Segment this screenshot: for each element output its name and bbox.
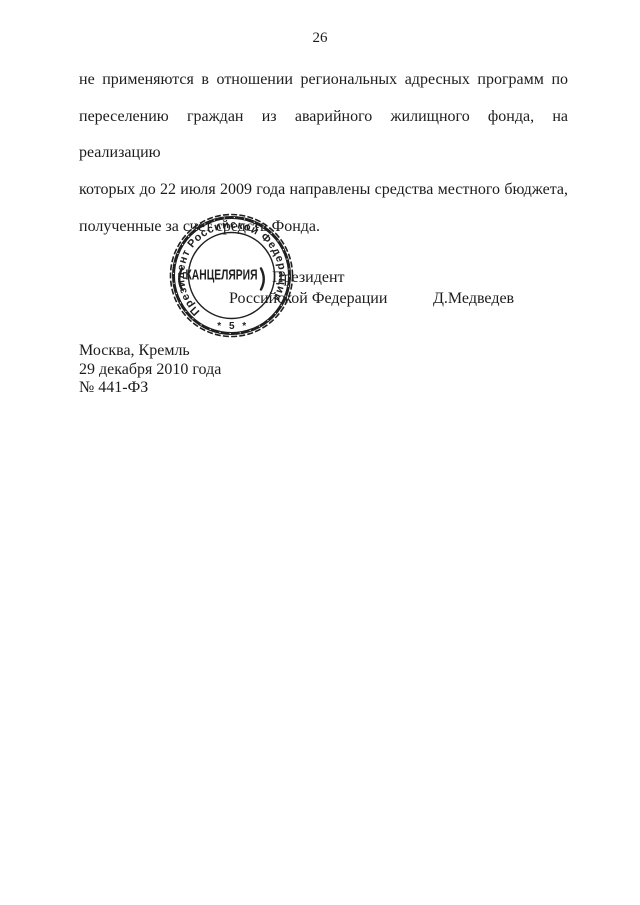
issuance-block: Москва, Кремль 29 декабря 2010 года № 44… [79,342,221,398]
issuance-date: 29 декабря 2010 года [79,361,221,380]
paragraph-line-1: не применяются в отношении региональных … [79,62,568,99]
stamp-bottom-text: * 5 * [217,321,248,332]
stamp-center-text: КАНЦЕЛЯРИЯ [186,268,258,284]
paragraph-line-3: которых до 22 июля 2009 года направлены … [79,172,568,209]
body-paragraph: не применяются в отношении региональных … [79,62,568,246]
page-number: 26 [0,30,640,46]
law-number: № 441-ФЗ [79,379,221,398]
chancellery-stamp: Президент Российской Федерации КАНЦЕЛЯРИ… [166,210,297,341]
paragraph-line-4: полученные за счет средств Фонда. [79,209,568,246]
stamp-left-bracket [179,269,182,290]
issuance-place: Москва, Кремль [79,342,221,361]
signatory-name: Д.Медведев [433,290,514,307]
stamp-right-bracket [261,269,264,290]
document-page: 26 не применяются в отношении региональн… [0,0,640,905]
paragraph-line-2: переселению граждан из аварийного жилищн… [79,99,568,172]
